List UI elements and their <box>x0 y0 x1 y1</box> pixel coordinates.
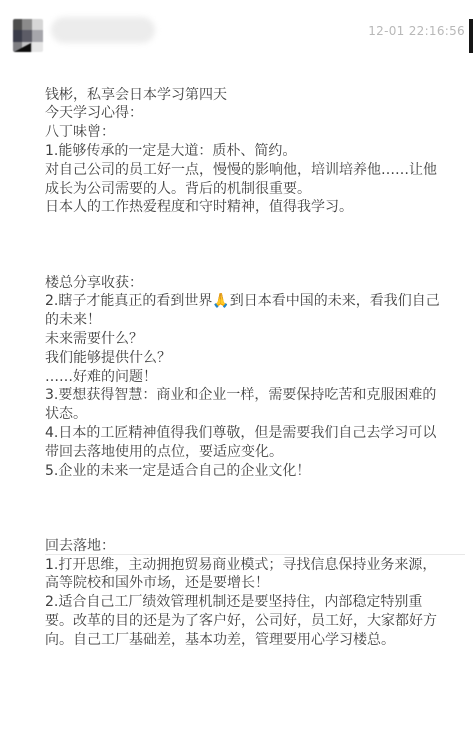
post-timestamp: 12-01 22:16:56 <box>368 24 465 38</box>
avatar-pixel <box>13 30 22 42</box>
post-paragraph: 楼总分享收获： 2.瞎子才能真正的看到世界🙏到日本看中国的未来，看我们自己 的未… <box>45 274 469 481</box>
divider <box>45 554 465 555</box>
scrollbar-thumb[interactable] <box>469 19 473 53</box>
avatar-pixel <box>22 30 32 42</box>
post-paragraph: 钱彬，私享会日本学习第四天 今天学习心得： 八丁味曾： 1.能够传承的一定是大道… <box>45 86 469 218</box>
avatar-pixel <box>22 19 32 30</box>
avatar-pixel <box>13 19 22 30</box>
username-redacted[interactable] <box>51 17 155 43</box>
avatar[interactable] <box>13 19 43 52</box>
avatar-pixel <box>32 42 43 52</box>
avatar-pixel <box>32 19 43 30</box>
moments-post-page: 12-01 22:16:56 钱彬，私享会日本学习第四天 今天学习心得： 八丁味… <box>0 0 473 733</box>
avatar-pixel <box>32 30 43 42</box>
post-content: 钱彬，私享会日本学习第四天 今天学习心得： 八丁味曾： 1.能够传承的一定是大道… <box>45 48 469 687</box>
